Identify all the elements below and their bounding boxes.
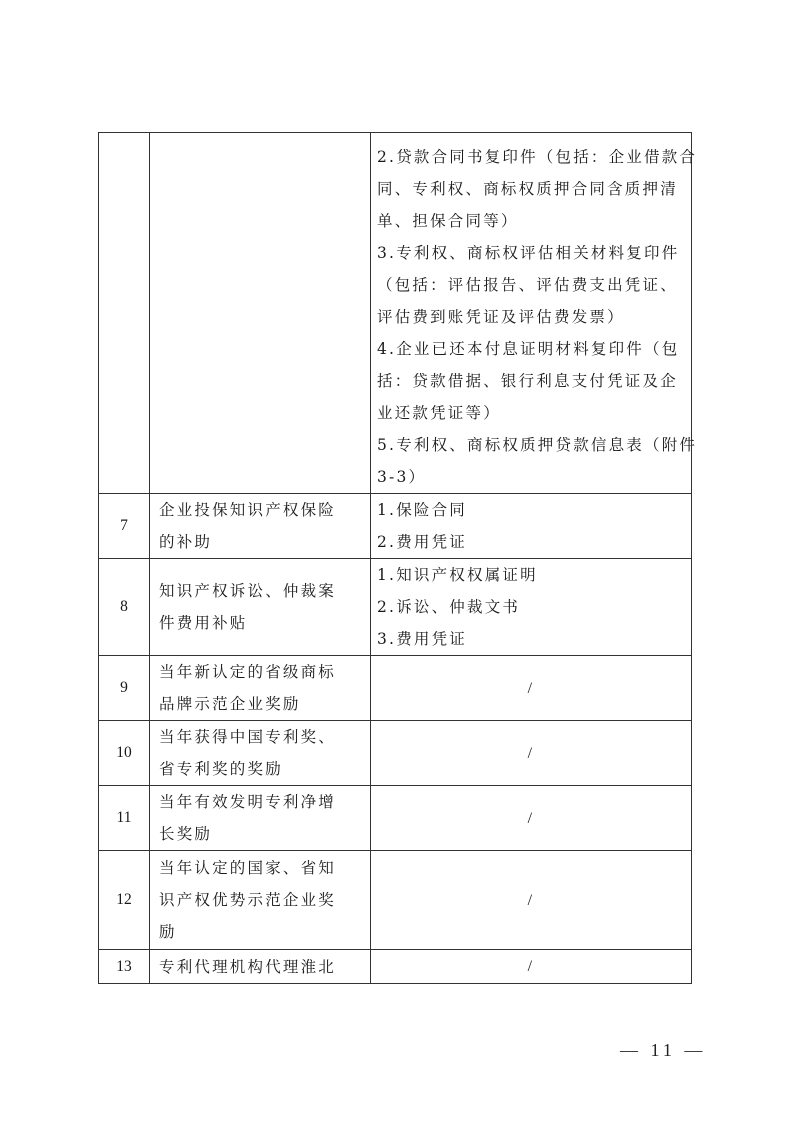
item-line: 励	[159, 916, 364, 948]
material-line: 同、专利权、商标权质押合同含质押清	[377, 173, 685, 205]
row-item: 当年获得中国专利奖、 省专利奖的奖励	[150, 721, 371, 786]
row-item: 当年认定的国家、省知 识产权优势示范企业奖 励	[150, 851, 371, 950]
not-applicable-mark: /	[528, 810, 535, 827]
row-materials: /	[371, 786, 692, 851]
material-line: 2.诉讼、仲裁文书	[377, 591, 685, 623]
row-item: 当年有效发明专利净增 长奖励	[150, 786, 371, 851]
requirements-table: 2.贷款合同书复印件（包括：企业借款合 同、专利权、商标权质押合同含质押清 单、…	[98, 132, 692, 984]
table-row: 10 当年获得中国专利奖、 省专利奖的奖励 /	[99, 721, 692, 786]
row-item: 知识产权诉讼、仲裁案 件费用补贴	[150, 559, 371, 656]
row-number: 7	[99, 494, 150, 559]
item-line: 知识产权诉讼、仲裁案	[159, 575, 364, 607]
material-line: 5.专利权、商标权质押贷款信息表（附件	[377, 429, 685, 461]
row-number: 8	[99, 559, 150, 656]
row-number: 12	[99, 851, 150, 950]
row-number: 11	[99, 786, 150, 851]
material-line: 3-3）	[377, 461, 685, 493]
not-applicable-mark: /	[528, 745, 535, 762]
not-applicable-mark: /	[528, 958, 535, 975]
row-materials: /	[371, 851, 692, 950]
table-row: 8 知识产权诉讼、仲裁案 件费用补贴 1.知识产权权属证明 2.诉讼、仲裁文书 …	[99, 559, 692, 656]
material-line: 2.费用凭证	[377, 526, 685, 558]
table-row: 9 当年新认定的省级商标 品牌示范企业奖励 /	[99, 656, 692, 721]
item-line: 省专利奖的奖励	[159, 753, 364, 785]
row-item: 当年新认定的省级商标 品牌示范企业奖励	[150, 656, 371, 721]
row-materials: /	[371, 950, 692, 984]
item-line: 品牌示范企业奖励	[159, 688, 364, 720]
table-row: 11 当年有效发明专利净增 长奖励 /	[99, 786, 692, 851]
material-line: 1.知识产权权属证明	[377, 559, 685, 591]
material-line: （包括：评估报告、评估费支出凭证、	[377, 269, 685, 301]
item-line: 长奖励	[159, 818, 364, 850]
item-line: 当年新认定的省级商标	[159, 656, 364, 688]
row-materials: 2.贷款合同书复印件（包括：企业借款合 同、专利权、商标权质押合同含质押清 单、…	[371, 133, 692, 494]
table-row: 2.贷款合同书复印件（包括：企业借款合 同、专利权、商标权质押合同含质押清 单、…	[99, 133, 692, 494]
row-materials: /	[371, 656, 692, 721]
table-row: 13 专利代理机构代理淮北 /	[99, 950, 692, 984]
item-line: 专利代理机构代理淮北	[159, 951, 364, 983]
row-materials: /	[371, 721, 692, 786]
row-number: 10	[99, 721, 150, 786]
item-line: 企业投保知识产权保险	[159, 494, 364, 526]
table-row: 7 企业投保知识产权保险 的补助 1.保险合同 2.费用凭证	[99, 494, 692, 559]
row-item: 企业投保知识产权保险 的补助	[150, 494, 371, 559]
item-line: 当年认定的国家、省知	[159, 852, 364, 884]
material-line: 1.保险合同	[377, 494, 685, 526]
row-materials: 1.保险合同 2.费用凭证	[371, 494, 692, 559]
not-applicable-mark: /	[528, 680, 535, 697]
row-number	[99, 133, 150, 494]
material-line: 3.费用凭证	[377, 623, 685, 655]
table-row: 12 当年认定的国家、省知 识产权优势示范企业奖 励 /	[99, 851, 692, 950]
row-item: 专利代理机构代理淮北	[150, 950, 371, 984]
page-number: — 11 —	[620, 1040, 706, 1061]
item-line: 的补助	[159, 526, 364, 558]
material-line: 2.贷款合同书复印件（包括：企业借款合	[377, 141, 685, 173]
row-item	[150, 133, 371, 494]
material-line: 括：贷款借据、银行利息支付凭证及企	[377, 365, 685, 397]
row-number: 13	[99, 950, 150, 984]
material-line: 评估费到账凭证及评估费发票）	[377, 301, 685, 333]
item-line: 当年获得中国专利奖、	[159, 721, 364, 753]
material-line: 4.企业已还本付息证明材料复印件（包	[377, 333, 685, 365]
material-line: 业还款凭证等）	[377, 397, 685, 429]
not-applicable-mark: /	[528, 892, 535, 909]
row-materials: 1.知识产权权属证明 2.诉讼、仲裁文书 3.费用凭证	[371, 559, 692, 656]
material-line: 3.专利权、商标权评估相关材料复印件	[377, 237, 685, 269]
item-line: 件费用补贴	[159, 607, 364, 639]
row-number: 9	[99, 656, 150, 721]
item-line: 识产权优势示范企业奖	[159, 884, 364, 916]
material-line: 单、担保合同等）	[377, 205, 685, 237]
item-line: 当年有效发明专利净增	[159, 786, 364, 818]
